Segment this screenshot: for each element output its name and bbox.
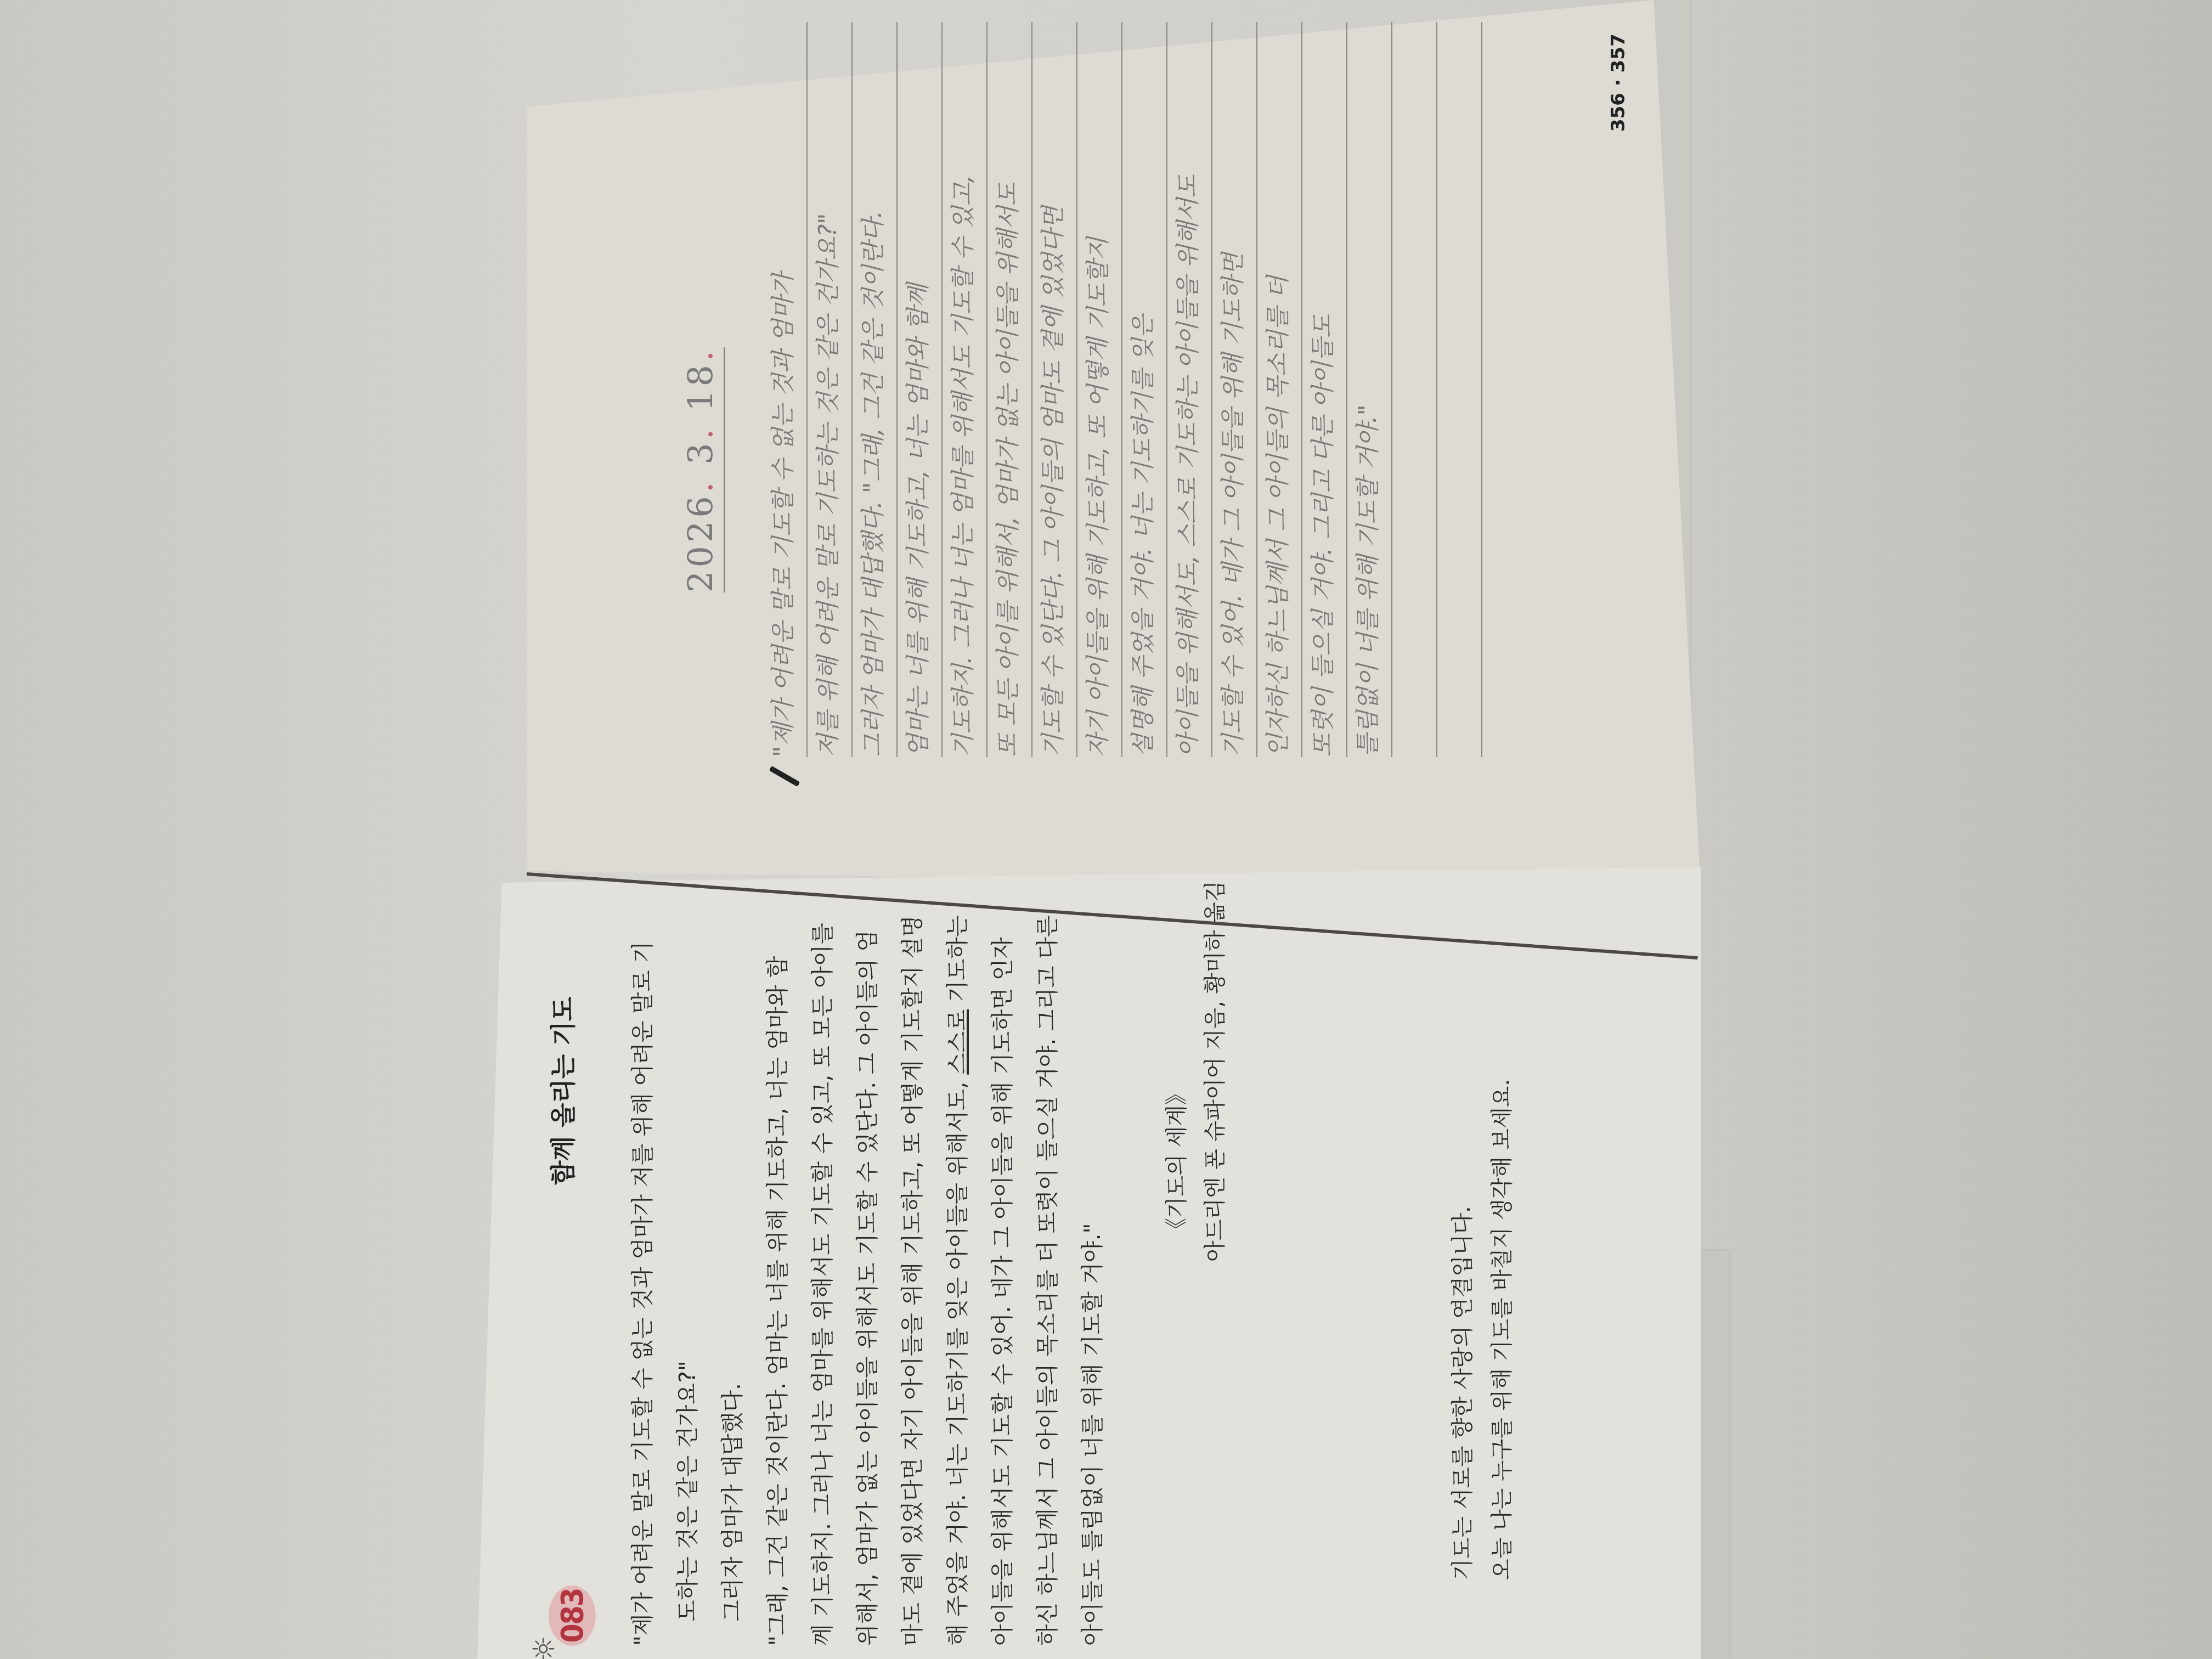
open-journal: ☼ 083 함께 올리는 기도 "제가 어려운 말로 기도할 수 없는 것과 엄… xyxy=(0,0,2212,1659)
handwritten-line: 설명해 주었을 거야. 너는 기도하기를 잊은 xyxy=(1122,22,1167,757)
passage-line: 아이들을 위해서도 기도할 수 있어. 네가 그 아이들을 위해 기도하면 인자 xyxy=(980,867,1025,1646)
handwritten-line: 인자하신 하느님께서 그 아이들의 목소리를 더 xyxy=(1257,22,1302,757)
handwritten-line: 그러자 엄마가 대답했다. "그래, 그건 같은 것이란다. xyxy=(853,22,898,757)
passage-line: 마도 곁에 있었다면 자기 아이들을 위해 기도하고, 또 어떻게 기도할지 설… xyxy=(890,867,935,1646)
handwritten-line xyxy=(1437,22,1482,757)
passage-line: 해 주었을 거야. 너는 기도하기를 잊은 아이들을 위해서도, 스스로 기도하… xyxy=(935,867,980,1646)
passage-line: 하신 하느님께서 그 아이들의 목소리를 더 또렷이 들으실 거야. 그리고 다… xyxy=(1025,867,1070,1646)
passage-line: 께 기도하지. 그러나 너는 엄마를 위해서도 기도할 수 있고, 또 모든 아… xyxy=(800,867,845,1646)
handwritten-line: 저를 위해 어려운 말로 기도하는 것은 같은 건가요?" xyxy=(808,22,853,757)
passage-line: 도하는 것은 같은 건가요?" xyxy=(665,867,710,1646)
sun-icon: ☼ xyxy=(527,1636,561,1659)
passage-line: 아이들도 틀림없이 너를 위해 기도할 거야." xyxy=(1070,867,1115,1646)
handwritten-line: 아이들을 위해서도, 스스로 기도하는 아이들을 위해서도 xyxy=(1167,22,1212,757)
handwritten-line: 또 모든 아이를 위해서, 엄마가 없는 아이들을 위해서도 xyxy=(988,22,1032,757)
handwritten-date: 2026. 3. 18. xyxy=(680,347,725,592)
handwritten-line: 틀림없이 너를 위해 기도할 거야." xyxy=(1347,22,1392,757)
passage-line: "제가 어려운 말로 기도할 수 없는 것과 엄마가 저를 위해 어려운 말로 … xyxy=(620,867,665,1646)
handwritten-line: 또렷이 들으실 거야. 그리고 다른 아이들도 xyxy=(1302,22,1347,757)
entry-title: 함께 올리는 기도 xyxy=(543,997,579,1185)
date-month: 3 xyxy=(680,439,720,464)
source-credit: 아드리엔 폰 슈파이어 지음, 황미하 옮김 xyxy=(1196,881,1234,1262)
passage-line: "그래, 그건 같은 것이란다. 엄마는 너를 위해 기도하고, 너는 엄마와 … xyxy=(755,867,800,1646)
passage: "제가 어려운 말로 기도할 수 없는 것과 엄마가 저를 위해 어려운 말로 … xyxy=(620,867,1115,1646)
reflection: 기도는 서로를 향한 사랑의 연결입니다. 오늘 나는 누구를 위해 기도를 바… xyxy=(1443,1079,1522,1580)
source-book: 《기도의 세계》 xyxy=(1158,881,1196,1262)
underlined-phrase: 스스로 xyxy=(944,1009,970,1075)
ruled-lines: "제가 어려운 말로 기도할 수 없는 것과 엄마가저를 위해 어려운 말로 기… xyxy=(763,22,1482,757)
page-numbers: 356 · 357 xyxy=(1607,33,1629,132)
date-day: 18 xyxy=(680,362,720,411)
handwritten-line: "제가 어려운 말로 기도할 수 없는 것과 엄마가 xyxy=(763,22,808,757)
handwritten-line xyxy=(1392,22,1437,757)
handwritten-line: 기도하지. 그러나 너는 엄마를 위해서도 기도할 수 있고, xyxy=(943,22,988,757)
handwritten-line: 기도할 수 있어. 네가 그 아이들을 위해 기도하면 xyxy=(1212,22,1257,757)
source-citation: 《기도의 세계》 아드리엔 폰 슈파이어 지음, 황미하 옮김 xyxy=(1158,881,1234,1262)
passage-line: 위해서, 엄마가 없는 아이들을 위해서도 기도할 수 있단다. 그 아이들의 … xyxy=(845,867,890,1646)
reflection-line: 기도는 서로를 향한 사랑의 연결입니다. xyxy=(1443,1079,1482,1580)
handwritten-line: 엄마는 너를 위해 기도하고, 너는 엄마와 함께 xyxy=(898,22,943,757)
reflection-line: 오늘 나는 누구를 위해 기도를 바칠지 생각해 보세요. xyxy=(1482,1079,1522,1580)
passage-line: 그러자 엄마가 대답했다. xyxy=(710,867,755,1646)
handwritten-line: 기도할 수 있단다. 그 아이들의 엄마도 곁에 있었다면 xyxy=(1032,22,1077,757)
entry-badge: ☼ 083 xyxy=(549,1585,596,1646)
handwritten-line: 자기 아이들을 위해 기도하고, 또 어떻게 기도할지 xyxy=(1077,22,1122,757)
date-year: 2026 xyxy=(680,493,720,592)
